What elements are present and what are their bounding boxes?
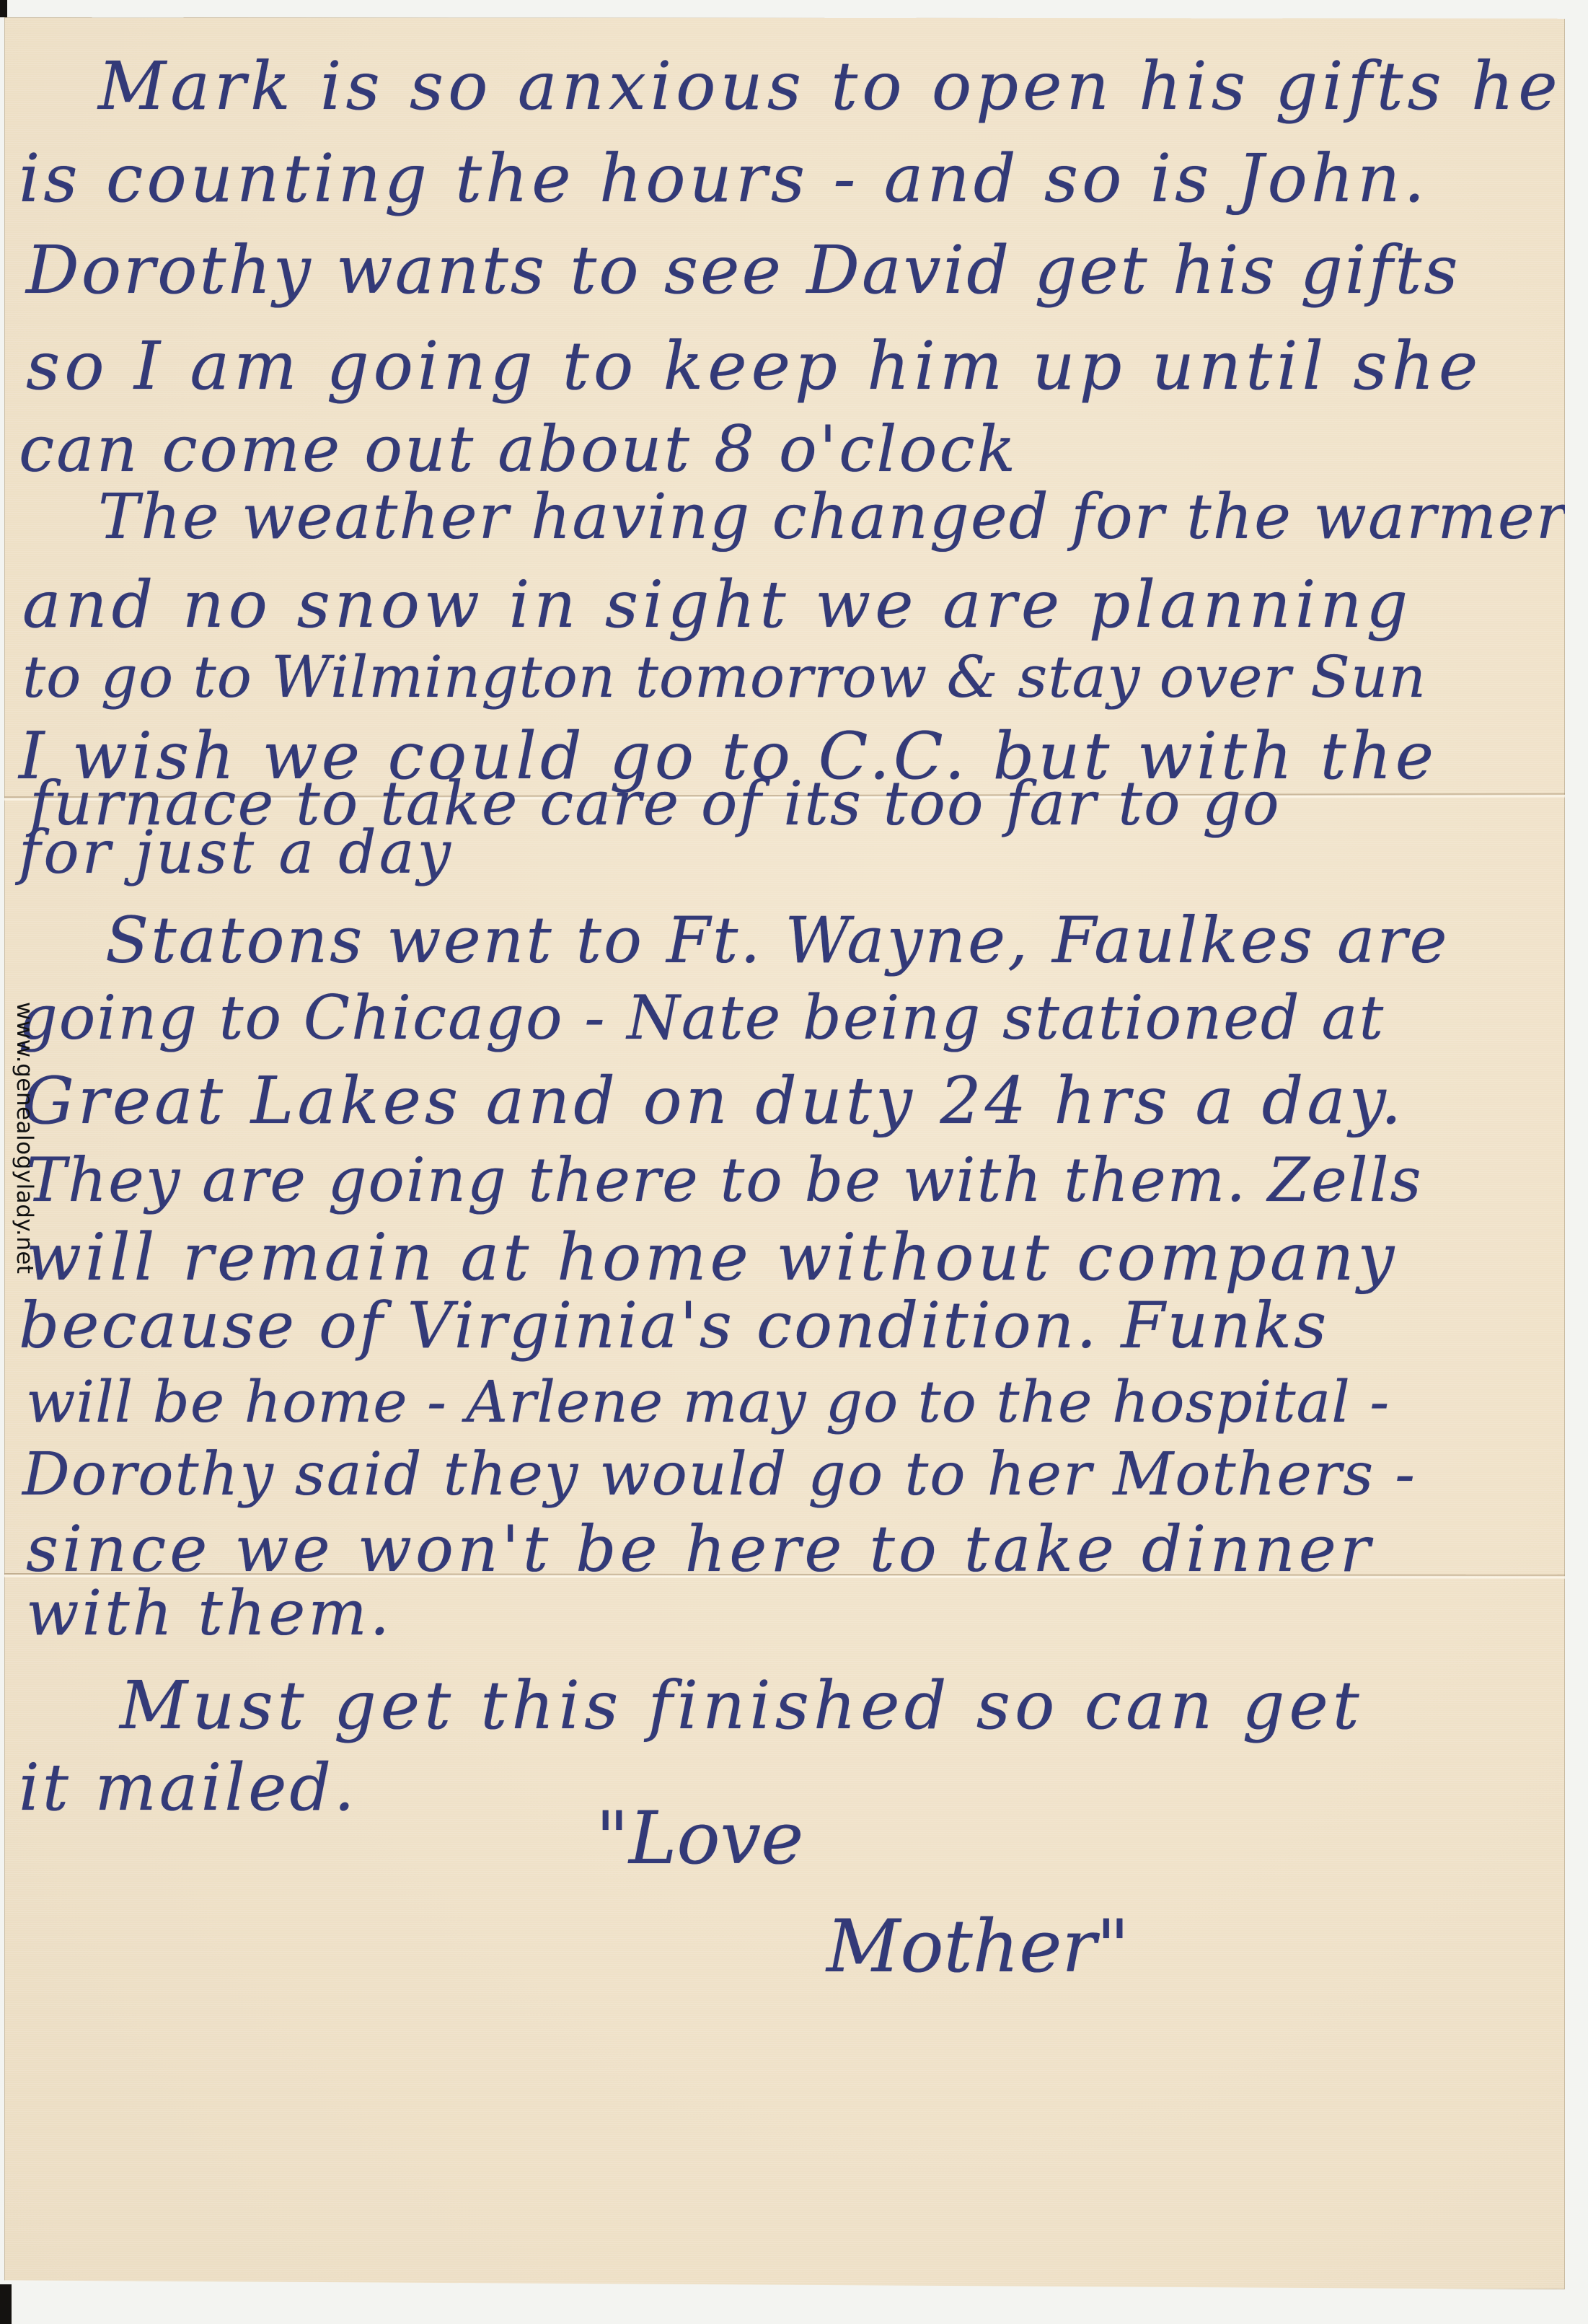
letter-line: Dorothy said they would go to her Mother…: [22, 1445, 1416, 1505]
watermark: www.genealogylady.net: [12, 1002, 38, 1334]
letter-line: The weather having changed for the warme…: [98, 486, 1567, 548]
letter-line: going to Chicago - Nate being stationed …: [19, 987, 1385, 1048]
letter-signature: Mother": [826, 1911, 1129, 1983]
letter-line: it mailed.: [19, 1756, 358, 1821]
watermark-text: www.genealogylady.net: [12, 1002, 38, 1275]
letter-line: for just a day: [19, 824, 454, 883]
letter-line: to go to Wilmington tomorrow & stay over…: [22, 648, 1426, 706]
letter-line: will remain at home without company: [26, 1225, 1398, 1290]
letter-line: so I am going to keep him up until she: [26, 333, 1482, 400]
letter-line: will be home - Arlene may go to the hosp…: [26, 1373, 1390, 1431]
letter-line: and no snow in sight we are planning: [22, 573, 1412, 638]
letter-line: They are going there to be with them. Ze…: [26, 1150, 1423, 1210]
scanner-edge-bottom: [0, 2284, 12, 2324]
letter-line: since we won't be here to take dinner: [26, 1518, 1374, 1581]
letter-line: Must get this finished so can get: [120, 1673, 1364, 1739]
letter-line: can come out about 8 o'clock: [19, 418, 1018, 481]
letter-line: Statons went to Ft. Wayne, Faulkes are: [105, 909, 1450, 972]
letter-closing: "Love: [596, 1803, 803, 1875]
letter-line: with them.: [26, 1583, 392, 1645]
scanner-edge-top: [0, 0, 7, 17]
letter-line: Mark is so anxious to open his gifts he: [98, 53, 1562, 120]
letter-page: Mark is so anxious to open his gifts he …: [4, 17, 1565, 2289]
letter-line: Dorothy wants to see David get his gifts: [26, 237, 1460, 304]
letter-line: because of Virginia's condition. Funks: [19, 1294, 1328, 1357]
letter-line: is counting the hours - and so is John.: [19, 146, 1429, 212]
letter-line: Great Lakes and on duty 24 hrs a day.: [22, 1069, 1405, 1134]
